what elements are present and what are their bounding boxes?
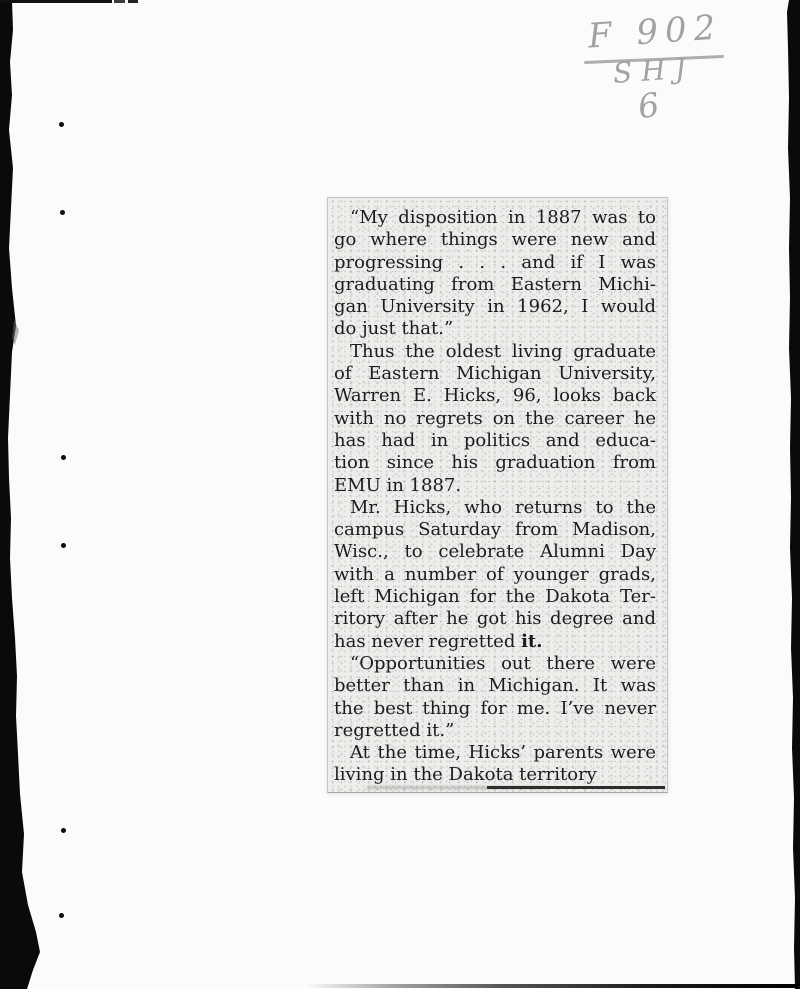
scanned-page: { "colors": { "page_paper": "#fbfbfa", "… xyxy=(0,0,800,989)
clipping-line: go where things were new and xyxy=(334,229,656,251)
scan-edge-left xyxy=(0,0,44,989)
newspaper-clipping: “My disposition in 1887 was togo where t… xyxy=(327,197,668,793)
clipping-line: better than in Michigan. It was xyxy=(334,675,656,697)
clipping-line: “Opportunities out there were xyxy=(334,653,656,675)
clipping-line: Thus the oldest living graduate xyxy=(334,341,656,363)
clipping-text: “My disposition in 1887 was togo where t… xyxy=(334,207,656,787)
scan-speck xyxy=(60,210,65,215)
clipping-line: has had in politics and educa- xyxy=(334,430,656,452)
clipping-line: At the time, Hicks’ parents were xyxy=(334,742,656,764)
scan-speck xyxy=(61,455,66,460)
clipping-line: tion since his graduation from xyxy=(334,452,656,474)
scan-edge-top-dash xyxy=(128,0,138,3)
clipping-line: regretted it.” xyxy=(334,720,656,742)
clipping-line: progressing . . . and if I was xyxy=(334,252,656,274)
scan-edge-top-dash xyxy=(114,0,125,3)
clipping-line: graduating from Eastern Michi- xyxy=(334,274,656,296)
scan-speck xyxy=(61,543,66,548)
scan-speck xyxy=(59,122,64,127)
clipping-line: “My disposition in 1887 was to xyxy=(334,207,656,229)
scan-edge-bottom xyxy=(305,984,800,988)
clipping-line: Warren E. Hicks, 96, looks back xyxy=(334,385,656,407)
handwritten-code: F 902 xyxy=(587,7,724,56)
clipping-line: the best thing for me. I’ve never xyxy=(334,698,656,720)
clipping-line: living in the Dakota territory xyxy=(334,764,656,786)
clipping-line: gan University in 1962, I would xyxy=(334,296,656,318)
clipping-line: Wisc., to celebrate Alumni Day xyxy=(334,541,656,563)
clipping-paragraph: “My disposition in 1887 was togo where t… xyxy=(334,207,656,341)
handwritten-number: 6 xyxy=(635,85,661,127)
clipping-line: EMU in 1887. xyxy=(334,475,656,497)
clipping-line: has never regretted it. xyxy=(334,631,656,653)
scan-speck xyxy=(61,828,66,833)
clipping-line: do just that.” xyxy=(334,318,656,340)
scan-edge-right xyxy=(787,0,800,989)
clipping-line: with a number of younger grads, xyxy=(334,564,656,586)
clipping-line: Mr. Hicks, who returns to the xyxy=(334,497,656,519)
clipping-line: campus Saturday from Madison, xyxy=(334,519,656,541)
clipping-line: left Michigan for the Dakota Ter- xyxy=(334,586,656,608)
clipping-line: of Eastern Michigan University, xyxy=(334,363,656,385)
clipping-bottom-rule xyxy=(487,786,665,789)
clipping-paragraph: “Opportunities out there werebetter than… xyxy=(334,653,656,742)
scan-speck xyxy=(59,913,64,918)
clipping-paragraph: Thus the oldest living graduateof Easter… xyxy=(334,341,656,497)
clipping-paragraph: Mr. Hicks, who returns to thecampus Satu… xyxy=(334,497,656,653)
scan-edge-top xyxy=(0,0,112,3)
clipping-line: ritory after he got his degree and xyxy=(334,608,656,630)
clipping-line: with no regrets on the career he xyxy=(334,408,656,430)
clipping-paragraph: At the time, Hicks’ parents wereliving i… xyxy=(334,742,656,787)
